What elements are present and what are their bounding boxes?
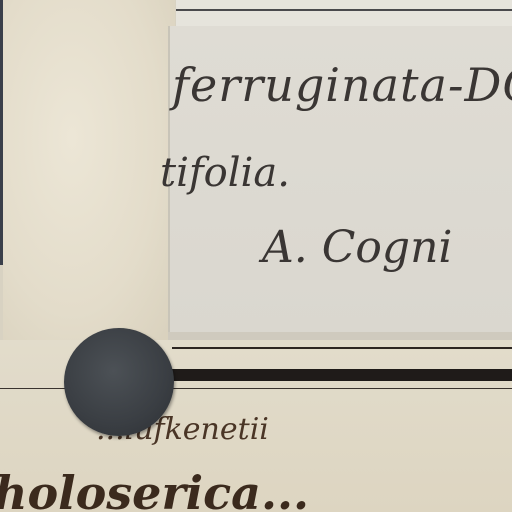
thick-rule (172, 369, 512, 381)
thin-rule-1 (172, 347, 512, 349)
handwriting-line-2: tifolia. (160, 150, 290, 196)
top-label-strip (176, 0, 512, 28)
left-paper-strip (3, 0, 175, 345)
old-handwriting-line-2: holoserica... (0, 466, 309, 512)
top-rule-line (176, 9, 512, 11)
herbarium-photo: ferruginata-DC tifolia. A. Cogni ...lufk… (0, 0, 512, 512)
dark-disc (64, 328, 174, 436)
label-shadow (168, 332, 512, 340)
handwriting-line-3: A. Cogni (262, 222, 452, 273)
handwriting-line-1: ferruginata-DC (172, 58, 512, 112)
